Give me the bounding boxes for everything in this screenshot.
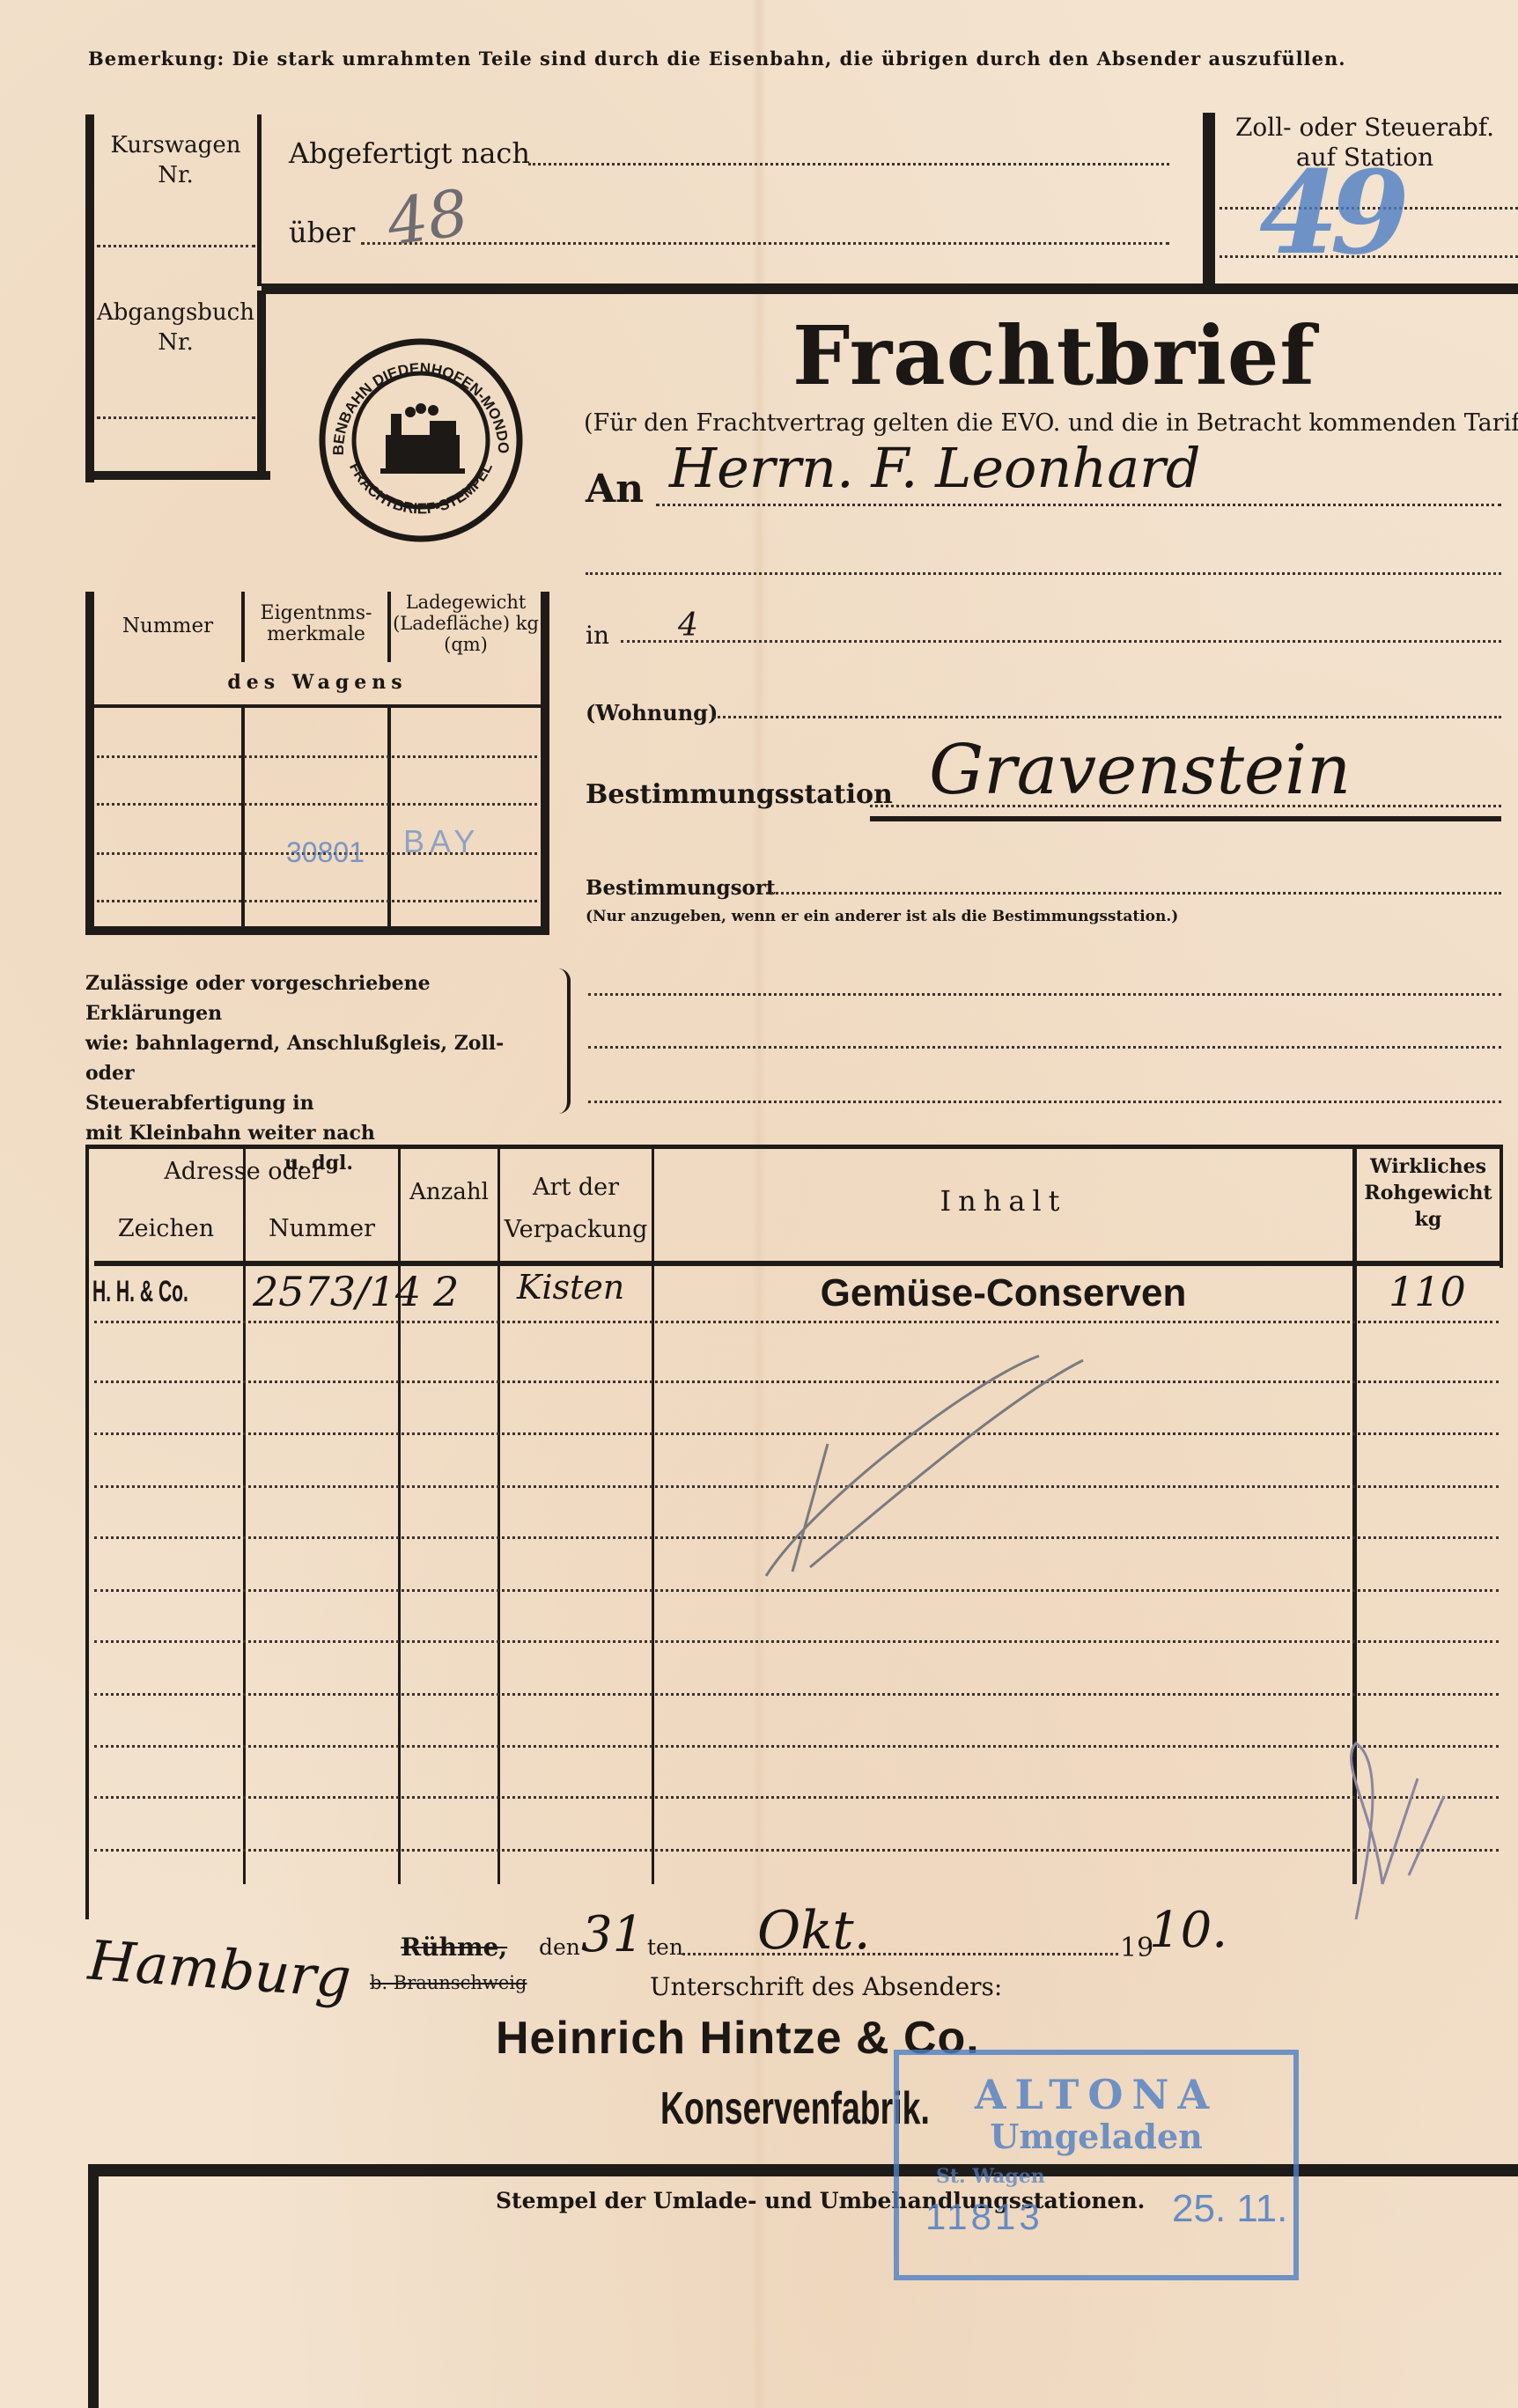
cell-anzahl: 2 (433, 1268, 459, 1315)
goods-header-zeichen: Zeichen (89, 1215, 243, 1242)
goods-header-inhalt: Inhalt (654, 1184, 1352, 1218)
wagon-header-eigentum: Eigentnms-merkmale (245, 603, 387, 645)
altona-number: 11813 (925, 2196, 1043, 2238)
an-field[interactable] (656, 504, 1501, 506)
year-suffix: 10. (1149, 1902, 1227, 1959)
goods-row-line-1[interactable] (94, 1321, 1499, 1323)
kurswagen-text: Kurswagen (94, 130, 257, 160)
goods-header-nummer: Nummer (246, 1215, 398, 1242)
goods-header-gewicht: Wirkliches Rohgewicht kg (1357, 1153, 1500, 1233)
wohnung-label: (Wohnung) (586, 700, 718, 725)
wagon-table-bottom (85, 926, 549, 935)
ort-field[interactable] (766, 892, 1501, 895)
wagon-stamp-number: 30801 (286, 836, 365, 869)
locomotive-icon: NEBENBAHN DIEDENHOFEN-MONDORF. FRACHTBRI… (317, 336, 525, 544)
in-field[interactable] (621, 640, 1501, 643)
bemerkung-text: Bemerkung: Die stark umrahmten Teile sin… (88, 48, 1346, 70)
altona-line1: ALTONA (899, 2071, 1293, 2118)
station-underline (870, 816, 1501, 821)
sender-label: Unterschrift des Absenders: (650, 1972, 1002, 2001)
wagon-col-div2 (387, 708, 391, 928)
left-box-right-border (257, 291, 266, 480)
cell-zeichen: H. H. & Co. (92, 1275, 188, 1309)
goods-header-anzahl: Anzahl (401, 1167, 497, 1218)
place-handwritten: Hamburg (86, 1928, 353, 2011)
goods-header-rule (94, 1261, 1503, 1266)
ueber-field[interactable] (361, 242, 1169, 245)
customs-label-line1: Zoll- oder Steuerabf. (1220, 113, 1510, 143)
day-value: 31 (581, 1906, 644, 1963)
left-box-divider (257, 114, 262, 286)
frachtbrief-stamp: NEBENBAHN DIEDENHOFEN-MONDORF. FRACHTBRI… (317, 336, 525, 544)
declaration-line-2: wie: bahnlagernd, Anschlußgleis, Zoll- o… (85, 1028, 552, 1088)
goods-col-3 (497, 1145, 500, 1884)
bottom-rule (88, 2164, 1518, 2176)
kurswagen-label: Kurswagen Nr. (94, 130, 257, 190)
month-value: Okt. (757, 1900, 871, 1962)
place-sub: b. Braunschweig (370, 1972, 527, 1993)
declaration-line-3: Steuerabfertigung in (85, 1088, 552, 1118)
abgangsbuch-nr: Nr. (94, 328, 257, 357)
left-box-bottom (85, 471, 270, 480)
wagon-col-div1 (241, 708, 245, 928)
station-label: Bestimmungsstation (586, 779, 893, 810)
kurswagen-field[interactable] (97, 245, 255, 247)
date-field[interactable] (682, 1953, 1118, 1955)
pencil-initials (1321, 1726, 1462, 1937)
declaration-field-1[interactable] (588, 993, 1501, 996)
wagon-table-left (85, 592, 94, 935)
goods-row-line-8[interactable] (94, 1693, 1499, 1696)
in-value: 4 (678, 608, 698, 644)
ort-label: Bestimmungsort (586, 876, 776, 900)
wagon-row-1[interactable] (97, 755, 537, 758)
goods-col-2 (398, 1145, 401, 1884)
wagon-subheader: des Wagens (94, 671, 541, 694)
den-label: den (539, 1934, 580, 1960)
cell-verpackung: Kisten (517, 1268, 624, 1307)
title-subtitle: (Für den Frachtvertrag gelten die EVO. u… (584, 409, 1518, 437)
ten-label: ten (647, 1934, 683, 1960)
pencil-check-mark (757, 1347, 1180, 1664)
abgefertigt-field[interactable] (528, 163, 1169, 166)
customs-box-border (1203, 113, 1215, 285)
goods-header-verpackung: Art der Verpackung (500, 1167, 652, 1251)
goods-col-1 (243, 1145, 246, 1884)
ort-note: (Nur anzugeben, wenn er ein anderer ist … (586, 908, 1178, 925)
table-row: H. H. & Co. 2573/14 2 Kisten Gemüse-Cons… (85, 1268, 1503, 1321)
customs-value: 49 (1259, 145, 1401, 280)
ueber-label: über (289, 216, 355, 249)
in-label: in (586, 621, 609, 650)
goods-col-4 (652, 1145, 654, 1884)
wohnung-field[interactable] (713, 716, 1501, 718)
wagon-header-ladegewicht: Ladegewicht (Ladefläche) kg (qm) (391, 592, 541, 655)
an-field-2[interactable] (586, 572, 1501, 575)
altona-stamp: ALTONA Umgeladen St. Wagen 11813 25. 11. (894, 2050, 1299, 2280)
cell-gewicht: 110 (1389, 1268, 1466, 1315)
wagon-stamp-mark: BAY (403, 823, 480, 860)
wagon-table-right (541, 592, 549, 935)
station-value: Gravenstein (929, 731, 1351, 810)
page-title: Frachtbrief (792, 308, 1286, 403)
wagon-header-nummer: Nummer (94, 615, 241, 637)
left-box-border (85, 114, 94, 482)
ueber-value: 48 (383, 175, 473, 260)
goods-table-top (85, 1145, 1503, 1149)
bottom-left-border (88, 2176, 99, 2408)
declaration-field-2[interactable] (588, 1046, 1501, 1049)
goods-row-line-9[interactable] (94, 1745, 1499, 1748)
declaration-line-1: Zulässige oder vorgeschriebene Erklärung… (85, 968, 552, 1028)
an-label: An (586, 467, 644, 512)
kurswagen-nr: Nr. (94, 160, 257, 190)
an-value: Herrn. F. Leonhard (669, 436, 1201, 500)
declaration-line-4: mit Kleinbahn weiter nach (85, 1118, 552, 1148)
wagon-header-rule (94, 704, 541, 708)
declaration-brace (555, 968, 571, 1114)
wagon-row-2[interactable] (97, 803, 537, 806)
company-sub: Konservenfabrik. (660, 2082, 930, 2135)
goods-header-group: Adresse oder (89, 1158, 398, 1185)
abgangsbuch-field[interactable] (97, 416, 255, 419)
goods-col-right (1500, 1145, 1503, 1268)
wagon-row-4[interactable] (97, 900, 537, 902)
altona-date: 25. 11. (1172, 2187, 1287, 2231)
altona-line3: St. Wagen (936, 2165, 1045, 2188)
goods-row-line-10[interactable] (94, 1796, 1499, 1799)
declaration-field-3[interactable] (588, 1101, 1501, 1103)
cell-inhalt: Gemüse-Conserven (654, 1271, 1352, 1315)
goods-col-left (85, 1145, 89, 1919)
cell-nummer: 2573/14 (253, 1268, 421, 1315)
top-rule (262, 284, 1518, 294)
altona-line2: Umgeladen (899, 2117, 1293, 2156)
abgangsbuch-label: Abgangsbuch Nr. (94, 298, 257, 357)
abgangsbuch-text: Abgangsbuch (94, 298, 257, 328)
abgefertigt-label: Abgefertigt nach (289, 136, 530, 170)
goods-row-line-11[interactable] (94, 1849, 1499, 1852)
place-printed: Rühme, (401, 1933, 507, 1962)
